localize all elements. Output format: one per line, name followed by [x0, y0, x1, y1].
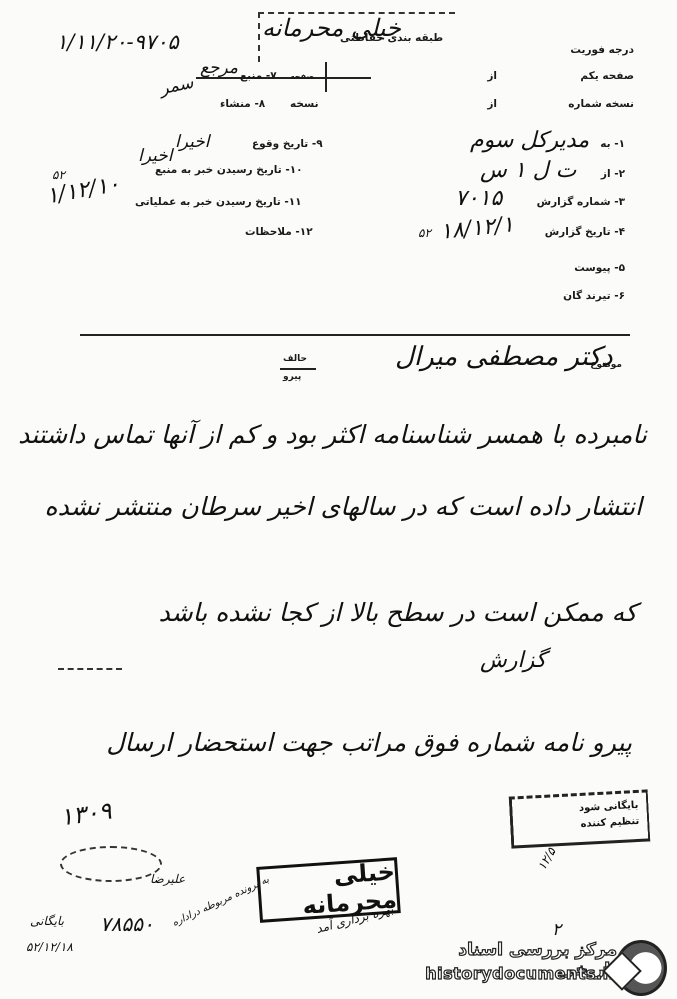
handwritten-reference-number: ۱/۱۱/۲۰-۹۷۰۵ [56, 30, 179, 54]
of-label-page: از [487, 70, 497, 82]
watermark-logo: مرکز بررسی اسناد تاریخی historydocuments… [395, 940, 677, 999]
margin-note-1: به پرونده مربوطه دراداره [171, 874, 271, 929]
archive-stamp-line-1: بایگانی شود [579, 799, 639, 816]
field-operational-receipt-label: ۱۱- تاریخ رسیدن خبر به عملیاتی [135, 196, 302, 208]
copy-number-label: نسخه شماره [568, 98, 634, 110]
archive-stamp: بایگانی شود تنظیم کننده [509, 789, 651, 848]
field-recipients-label: ۶- تیرند گان [563, 290, 625, 302]
document-archive-icon [615, 940, 667, 996]
item7-handwritten-value: مرجع [200, 58, 238, 78]
field-report-date-suffix: ۵۲ [418, 226, 431, 240]
archive-stamp-note: ۱۲/۵ [535, 845, 559, 872]
body-line-1: نامبرده با همسر شناسنامه اکثر بود و کم ا… [18, 420, 647, 449]
body-line-5: پیرو نامه شماره فوق مراتب جهت استحضار ار… [106, 728, 632, 757]
urgency-label: درجه فوریت [570, 44, 634, 56]
classification-printed-label: طبقه بندی حفاظتی [340, 32, 443, 44]
page-number: ۲ [552, 920, 561, 940]
page-count-label: صفحه [290, 72, 314, 81]
archive-date: ۵۲/۱۲/۱۸ [26, 940, 73, 954]
item7-label: ۷- منبع [240, 70, 277, 82]
of-label-copy: از [487, 98, 497, 110]
ellipse-stamp [60, 846, 162, 882]
ellipse-note: علیرضا [150, 872, 185, 886]
stamp-tick [325, 62, 327, 92]
field-source-receipt-label: ۱۰- تاریخ رسیدن خبر به منبع [155, 164, 303, 176]
field-attachment-label: ۵- پیوست [574, 262, 625, 274]
page-label: صفحه یکم [580, 70, 634, 82]
item8-label: ۸- منشاء [220, 98, 265, 110]
subject-value: دکتر مصطفی میرال [395, 342, 613, 372]
body-line-4: گزارش [480, 648, 546, 673]
handwritten-scrawl: سمر [158, 73, 195, 100]
archive-stamp-line-2: تنظیم کننده [580, 815, 639, 832]
field-remarks-label: ۱۲- ملاحظات [245, 226, 313, 238]
field-occurrence-date-label: ۹- تاریخ وقوع [252, 138, 323, 150]
copy-count-label: نسخه [290, 98, 319, 110]
watermark-url: historydocuments.ir [425, 964, 617, 983]
body-underline [58, 668, 122, 671]
field-report-date-value: ۱۸/۱۲/۱ [439, 212, 515, 245]
field-report-number-value: ۷۰۱۵ [455, 186, 502, 211]
field-to-label: ۱- به [600, 138, 625, 150]
field-occurrence-date-value: اخیرا [175, 132, 209, 152]
field-from-label: ۲- از [601, 168, 625, 180]
archive-number: ۷۸۵۵۰ [100, 912, 154, 936]
body-line-3: که ممکن است در سطح بالا از کجا نشده باشد [159, 598, 637, 627]
field-from-value: ت ل ۱ س [480, 158, 576, 183]
field-operational-receipt-suffix: ۵۲ [52, 168, 65, 182]
archive-label: بایگانی [30, 914, 64, 928]
subject-side-rule [280, 368, 316, 370]
subject-side-top: حالف [283, 354, 307, 364]
field-to-value: مدیرکل سوم [470, 128, 589, 153]
field-report-date-label: ۴- تاریخ گزارش [545, 226, 625, 238]
subject-side-bottom: پیرو [283, 372, 301, 382]
field-report-number-label: ۳- شماره گزارش [537, 196, 625, 208]
signature: ۱۳۰۹ [58, 797, 113, 832]
body-line-2: انتشار داده است که در سالهای اخیر سرطان … [44, 492, 642, 521]
field-source-receipt-value: اخیرا [138, 146, 172, 166]
header-divider [80, 334, 630, 336]
